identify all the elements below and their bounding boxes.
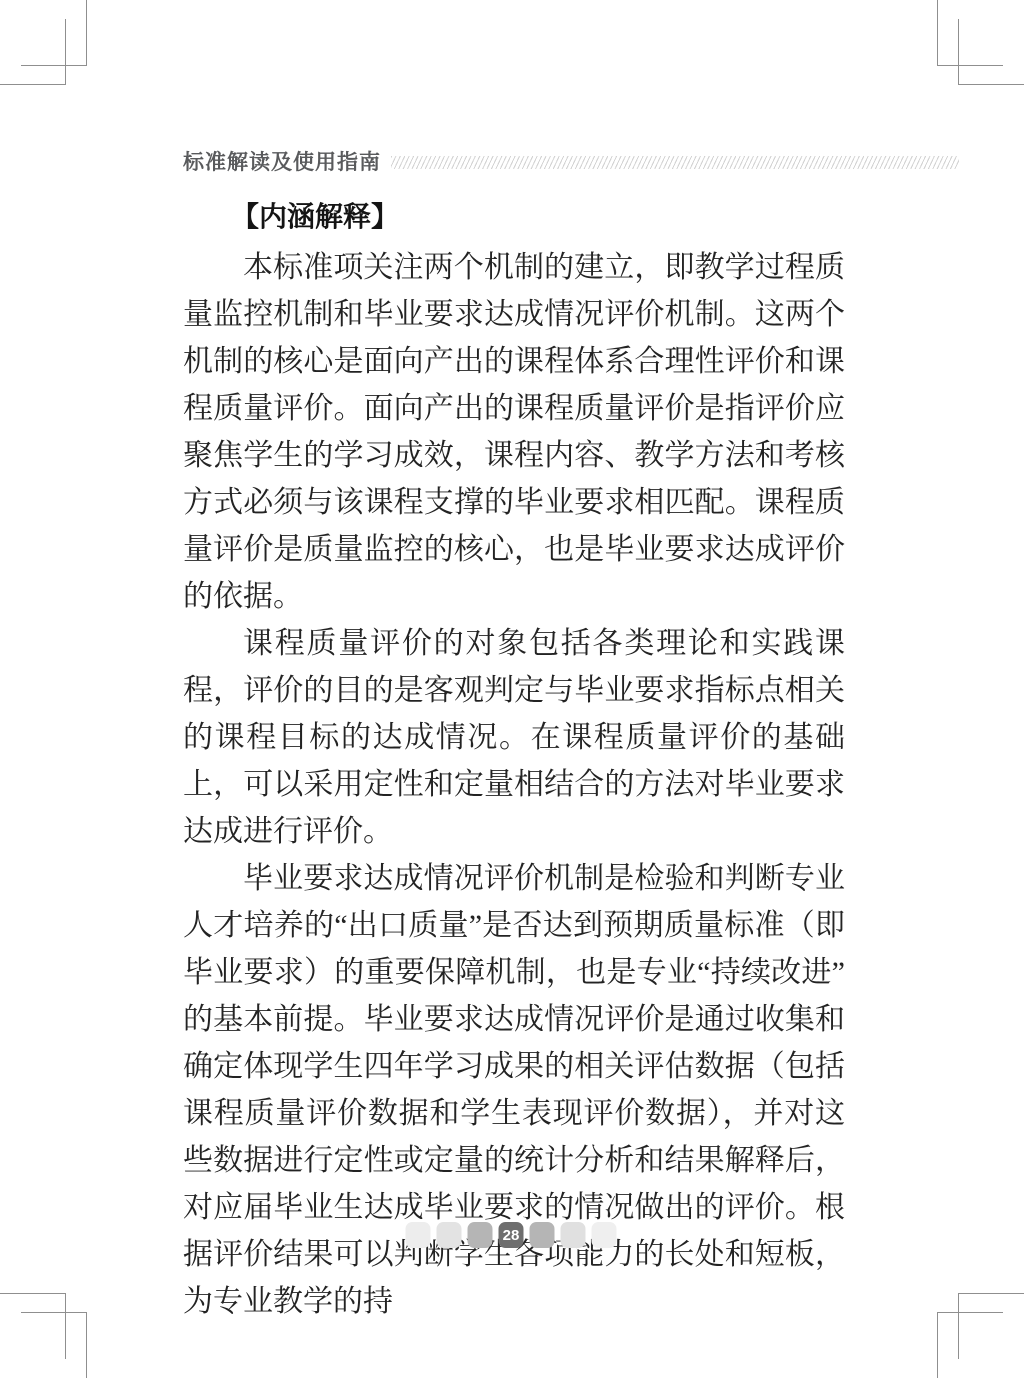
hatch-pattern <box>391 156 959 169</box>
page-number-badge: 28 <box>499 1222 524 1248</box>
crop-mark-top-left <box>0 0 90 90</box>
section-title: 【内涵解释】 <box>231 198 845 236</box>
crop-mark-bottom-left <box>0 1288 90 1378</box>
pager-square <box>468 1222 493 1248</box>
running-head-title: 标准解读及使用指南 <box>183 146 381 176</box>
page-number: 28 <box>503 1227 520 1244</box>
pager-square <box>406 1222 431 1248</box>
paragraph: 课程质量评价的对象包括各类理论和实践课程，评价的目的是客观判定与毕业要求指标点相… <box>183 620 845 855</box>
crop-mark-bottom-right <box>934 1288 1024 1378</box>
text-column: 【内涵解释】 本标准项关注两个机制的建立，即教学过程质量监控机制和毕业要求达成情… <box>183 198 845 1325</box>
crop-mark-top-right <box>934 0 1024 90</box>
paragraph: 本标准项关注两个机制的建立，即教学过程质量监控机制和毕业要求达成情况评价机制。这… <box>183 244 845 620</box>
pager-square <box>561 1222 586 1248</box>
pager-square <box>530 1222 555 1248</box>
footer-pager: 28 <box>406 1222 617 1248</box>
paragraph: 毕业要求达成情况评价机制是检验和判断专业人才培养的“出口质量”是否达到预期质量标… <box>183 855 845 1325</box>
pager-square <box>437 1222 462 1248</box>
running-head: 标准解读及使用指南 <box>183 146 959 176</box>
book-page: { "header": { "title": "标准解读及使用指南" }, "c… <box>0 0 1024 1378</box>
pager-square <box>592 1222 617 1248</box>
